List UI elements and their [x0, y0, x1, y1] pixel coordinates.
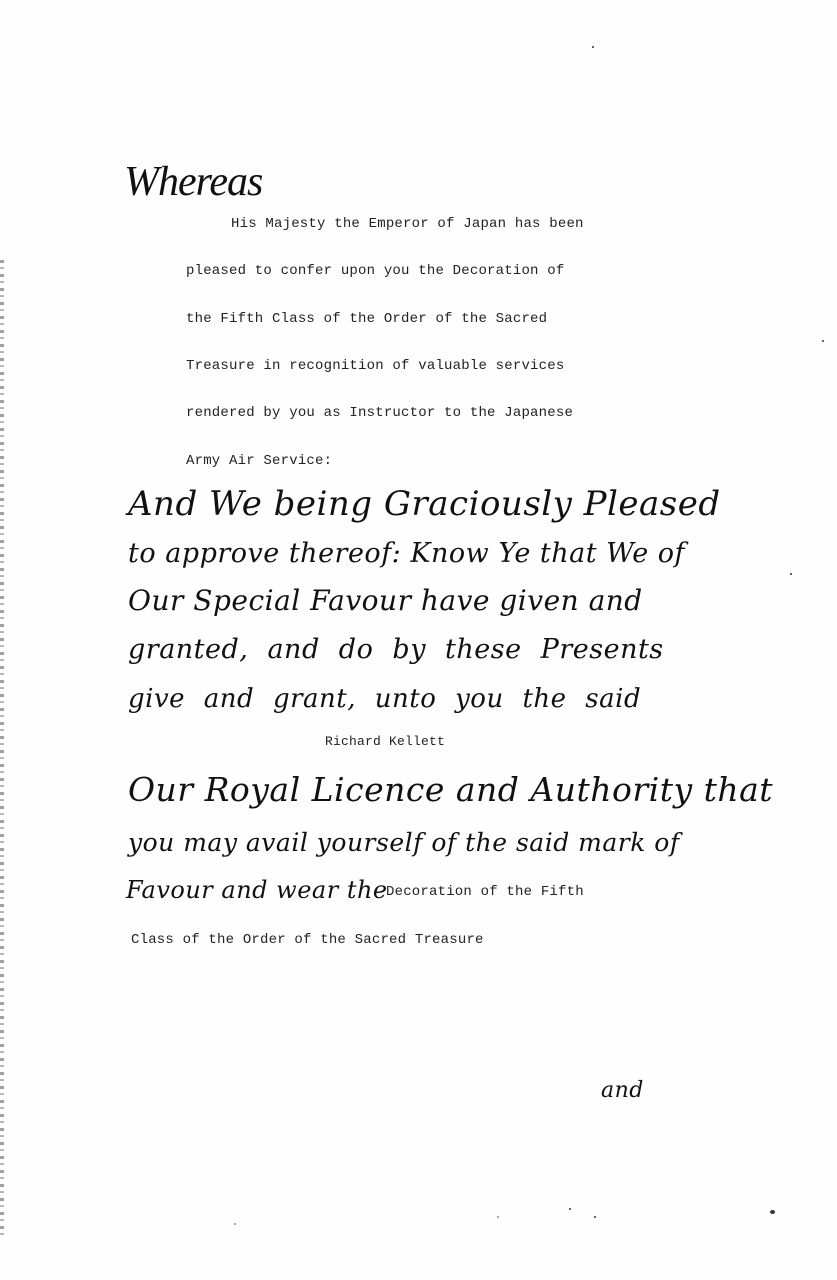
scanned-page-edge [0, 260, 4, 1240]
catchword: and [601, 1078, 644, 1103]
licence-line: you may avail yourself of the said mark … [128, 828, 680, 857]
grant-line: Our Special Favour have given and [128, 584, 643, 617]
document-page: Whereas His Majesty the Emperor of Japan… [0, 0, 837, 1280]
scan-speck [592, 46, 594, 48]
grant-line: to approve thereof: Know Ye that We of [128, 538, 685, 569]
scan-speck [569, 1208, 571, 1210]
scan-speck [594, 1216, 596, 1218]
preamble-line: the Fifth Class of the Order of the Sacr… [186, 311, 547, 327]
scan-speck [790, 573, 792, 575]
scan-speck [770, 1210, 775, 1214]
wear-script: Favour and wear the [126, 876, 388, 904]
preamble-line: Treasure in recognition of valuable serv… [186, 358, 564, 374]
grant-line: And We being Graciously Pleased [128, 484, 721, 524]
scan-speck [497, 1216, 499, 1218]
grant-line: granted, and do by these Presents [128, 634, 664, 665]
grant-line: give and grant, unto you the said [128, 684, 641, 714]
scan-speck [234, 1223, 236, 1225]
preamble-line: His Majesty the Emperor of Japan has bee… [231, 216, 584, 232]
recipient-name: Richard Kellett [325, 734, 445, 749]
licence-line: Our Royal Licence and Authority that [128, 770, 773, 809]
preamble-line: Army Air Service: [186, 453, 332, 469]
preamble-line: pleased to confer upon you the Decoratio… [186, 263, 564, 279]
heading-whereas: Whereas [124, 158, 262, 206]
preamble-line: rendered by you as Instructor to the Jap… [186, 405, 573, 421]
wear-typed: Decoration of the Fifth [386, 884, 584, 900]
scan-speck [822, 340, 824, 342]
decoration-line: Class of the Order of the Sacred Treasur… [131, 932, 484, 948]
